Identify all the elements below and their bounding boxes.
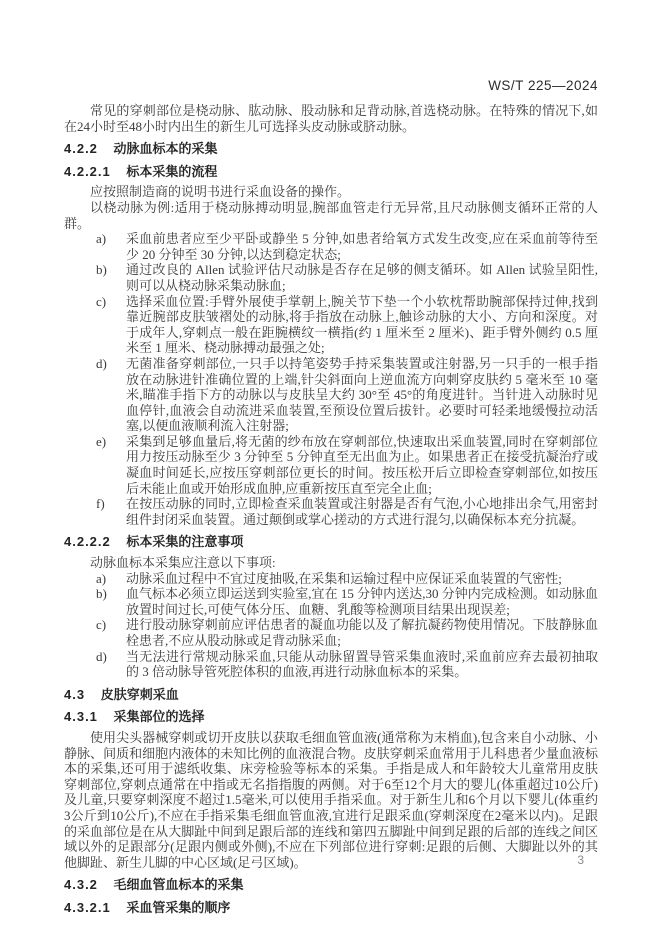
heading-4-2-2-1: 4.2.2.1 标本采集的流程 [64, 164, 598, 180]
list-marker: c) [96, 617, 126, 648]
list-item-text: 动脉采血过程中不宜过度抽吸,在采集和运输过程中应保证采血装置的气密性; [126, 571, 598, 587]
heading-number: 4.3 [64, 687, 85, 702]
note-item-c: c) 进行股动脉穿刺前应评估患者的凝血功能以及了解抗凝药物使用情况。下肢静脉血栓… [64, 617, 598, 648]
process-item-e: e) 采集到足够血量后,将无菌的纱布放在穿刺部位,快速取出采血装置,同时在穿刺部… [64, 434, 598, 496]
list-marker: a) [96, 571, 126, 587]
process-item-b: b) 通过改良的 Allen 试验评估尺动脉是否存在足够的侧支循环。如 Alle… [64, 262, 598, 293]
list-marker: e) [96, 434, 126, 496]
standard-number: WS/T 225—2024 [488, 78, 598, 93]
list-item-text: 进行股动脉穿刺前应评估患者的凝血功能以及了解抗凝药物使用情况。下肢静脉血栓患者,… [126, 617, 598, 648]
list-item-text: 通过改良的 Allen 试验评估尺动脉是否存在足够的侧支循环。如 Allen 试… [126, 262, 598, 293]
heading-title: 动脉血标本的采集 [114, 141, 218, 156]
para-operate-device: 应按照制造商的说明书进行采血设备的操作。 [64, 184, 598, 200]
process-item-c: c) 选择采血位置:手臂外展使手掌朝上,腕关节下垫一个小软枕帮助腕部保持过伸,找… [64, 294, 598, 356]
list-marker: a) [96, 231, 126, 262]
para-skin-puncture: 使用尖头器械穿刺或切开皮肤以获取毛细血管血液(通常称为末梢血),包含来自小动脉、… [64, 730, 598, 870]
document-page: WS/T 225—2024 常见的穿刺部位是桡动脉、肱动脉、股动脉和足背动脉,首… [0, 0, 662, 936]
heading-title: 标本采集的流程 [126, 164, 217, 179]
page-number: 3 [577, 853, 584, 867]
heading-4-3-2: 4.3.2 毛细血管血标本的采集 [64, 877, 598, 893]
heading-title: 采集部位的选择 [114, 709, 205, 724]
note-item-a: a) 动脉采血过程中不宜过度抽吸,在采集和运输过程中应保证采血装置的气密性; [64, 571, 598, 587]
process-item-a: a) 采血前患者应至少平卧或静坐 5 分钟,如患者给氧方式发生改变,应在采血前等… [64, 231, 598, 262]
heading-number: 4.3.1 [64, 709, 98, 724]
heading-number: 4.2.2.1 [64, 164, 111, 179]
list-marker: b) [96, 586, 126, 617]
note-item-d: d) 当无法进行常规动脉采血,只能从动脉留置导管采集血液时,采血前应弃去最初抽取… [64, 649, 598, 680]
para-notes-lead: 动脉血标本采集应注意以下事项: [64, 555, 598, 571]
list-item-text: 采集到足够血量后,将无菌的纱布放在穿刺部位,快速取出采血装置,同时在穿刺部位用力… [126, 434, 598, 496]
heading-number: 4.3.2 [64, 877, 98, 892]
para-common-sites: 常见的穿刺部位是桡动脉、肱动脉、股动脉和足背动脉,首选桡动脉。在特殊的情况下,如… [64, 103, 598, 134]
list-item-text: 在按压动脉的同时,立即检查采血装置或注射器是否有气泡,小心地排出余气,用密封组件… [126, 496, 598, 527]
list-item-text: 血气标本必须立即运送到实验室,宜在 15 分钟内送达,30 分钟内完成检测。如动… [126, 586, 598, 617]
list-marker: c) [96, 294, 126, 356]
heading-4-2-2: 4.2.2 动脉血标本的采集 [64, 141, 598, 157]
heading-4-3-2-1: 4.3.2.1 采血管采集的顺序 [64, 900, 598, 916]
heading-4-3-1: 4.3.1 采集部位的选择 [64, 709, 598, 725]
heading-title: 采血管采集的顺序 [126, 900, 230, 915]
para-radial-example: 以桡动脉为例:适用于桡动脉搏动明显,腕部血管走行无异常,且尺动脉侧支循环正常的人… [64, 200, 598, 231]
list-marker: f) [96, 496, 126, 527]
heading-number: 4.2.2 [64, 141, 98, 156]
heading-4-2-2-2: 4.2.2.2 标本采集的注意事项 [64, 534, 598, 550]
list-item-text: 当无法进行常规动脉采血,只能从动脉留置导管采集血液时,采血前应弃去最初抽取的 3… [126, 649, 598, 680]
list-marker: d) [96, 356, 126, 434]
heading-4-3: 4.3 皮肤穿刺采血 [64, 687, 598, 703]
heading-title: 标本采集的注意事项 [126, 534, 243, 549]
heading-number: 4.2.2.2 [64, 534, 111, 549]
list-item-text: 选择采血位置:手臂外展使手掌朝上,腕关节下垫一个小软枕帮助腕部保持过伸,找到靠近… [126, 294, 598, 356]
list-marker: b) [96, 262, 126, 293]
document-body: 常见的穿刺部位是桡动脉、肱动脉、股动脉和足背动脉,首选桡动脉。在特殊的情况下,如… [64, 103, 598, 916]
process-item-f: f) 在按压动脉的同时,立即检查采血装置或注射器是否有气泡,小心地排出余气,用密… [64, 496, 598, 527]
list-marker: d) [96, 649, 126, 680]
heading-number: 4.3.2.1 [64, 900, 111, 915]
heading-title: 毛细血管血标本的采集 [114, 877, 244, 892]
list-item-text: 采血前患者应至少平卧或静坐 5 分钟,如患者给氧方式发生改变,应在采血前等待至少… [126, 231, 598, 262]
page-header: WS/T 225—2024 [64, 78, 598, 94]
process-item-d: d) 无菌准备穿刺部位,一只手以持笔姿势手持采集装置或注射器,另一只手的一根手指… [64, 356, 598, 434]
list-item-text: 无菌准备穿刺部位,一只手以持笔姿势手持采集装置或注射器,另一只手的一根手指放在动… [126, 356, 598, 434]
heading-title: 皮肤穿刺采血 [101, 687, 179, 702]
note-item-b: b) 血气标本必须立即运送到实验室,宜在 15 分钟内送达,30 分钟内完成检测… [64, 586, 598, 617]
